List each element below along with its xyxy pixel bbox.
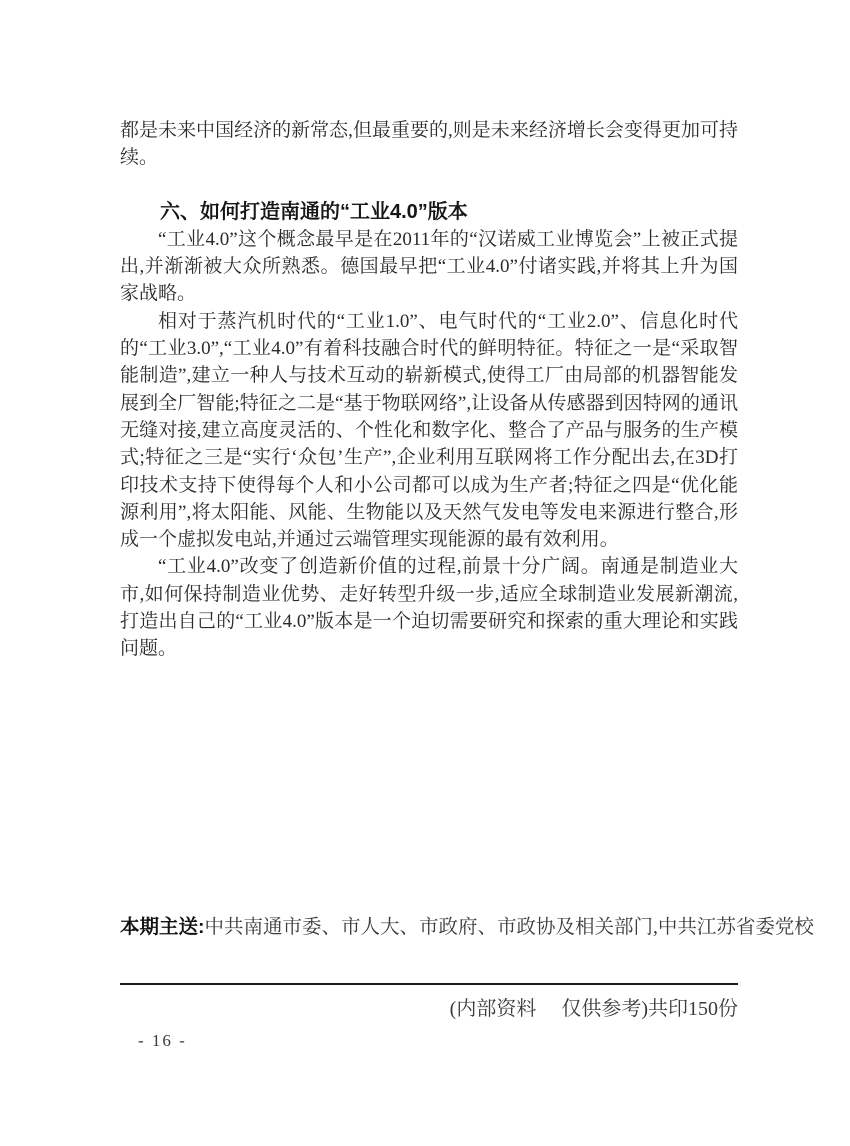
distribution-recipients: 中共南通市委、市人大、市政府、市政协及相关部门,中共江苏省委党校: [205, 917, 814, 938]
intro-continuation-paragraph: 都是未来中国经济的新常态,但最重要的,则是未来经济增长会变得更加可持续。: [120, 117, 738, 172]
body-paragraph: “工业4.0”改变了创造新价值的过程,前景十分广阔。南通是制造业大市,如何保持制…: [120, 553, 738, 662]
distribution-note: 本期主送:中共南通市委、市人大、市政府、市政协及相关部门,中共江苏省委党校: [120, 910, 833, 945]
document-body: 都是未来中国经济的新常态,但最重要的,则是未来经济增长会变得更加可持续。 六、如…: [120, 117, 738, 663]
body-paragraph: 相对于蒸汽机时代的“工业1.0”、电气时代的“工业2.0”、信息化时代的“工业3…: [120, 308, 738, 554]
footer-divider: [120, 983, 738, 985]
page-number: - 16 -: [138, 1031, 187, 1051]
distribution-label: 本期主送:: [120, 916, 205, 938]
body-paragraph: “工业4.0”这个概念最早是在2011年的“汉诺威工业博览会”上被正式提出,并渐…: [120, 226, 738, 308]
section-heading: 六、如何打造南通的“工业4.0”版本: [120, 199, 738, 226]
print-circulation-note: (内部资料 仅供参考)共印150份: [120, 994, 738, 1024]
document-page: 都是未来中国经济的新常态,但最重要的,则是未来经济增长会变得更加可持续。 六、如…: [0, 0, 850, 1146]
